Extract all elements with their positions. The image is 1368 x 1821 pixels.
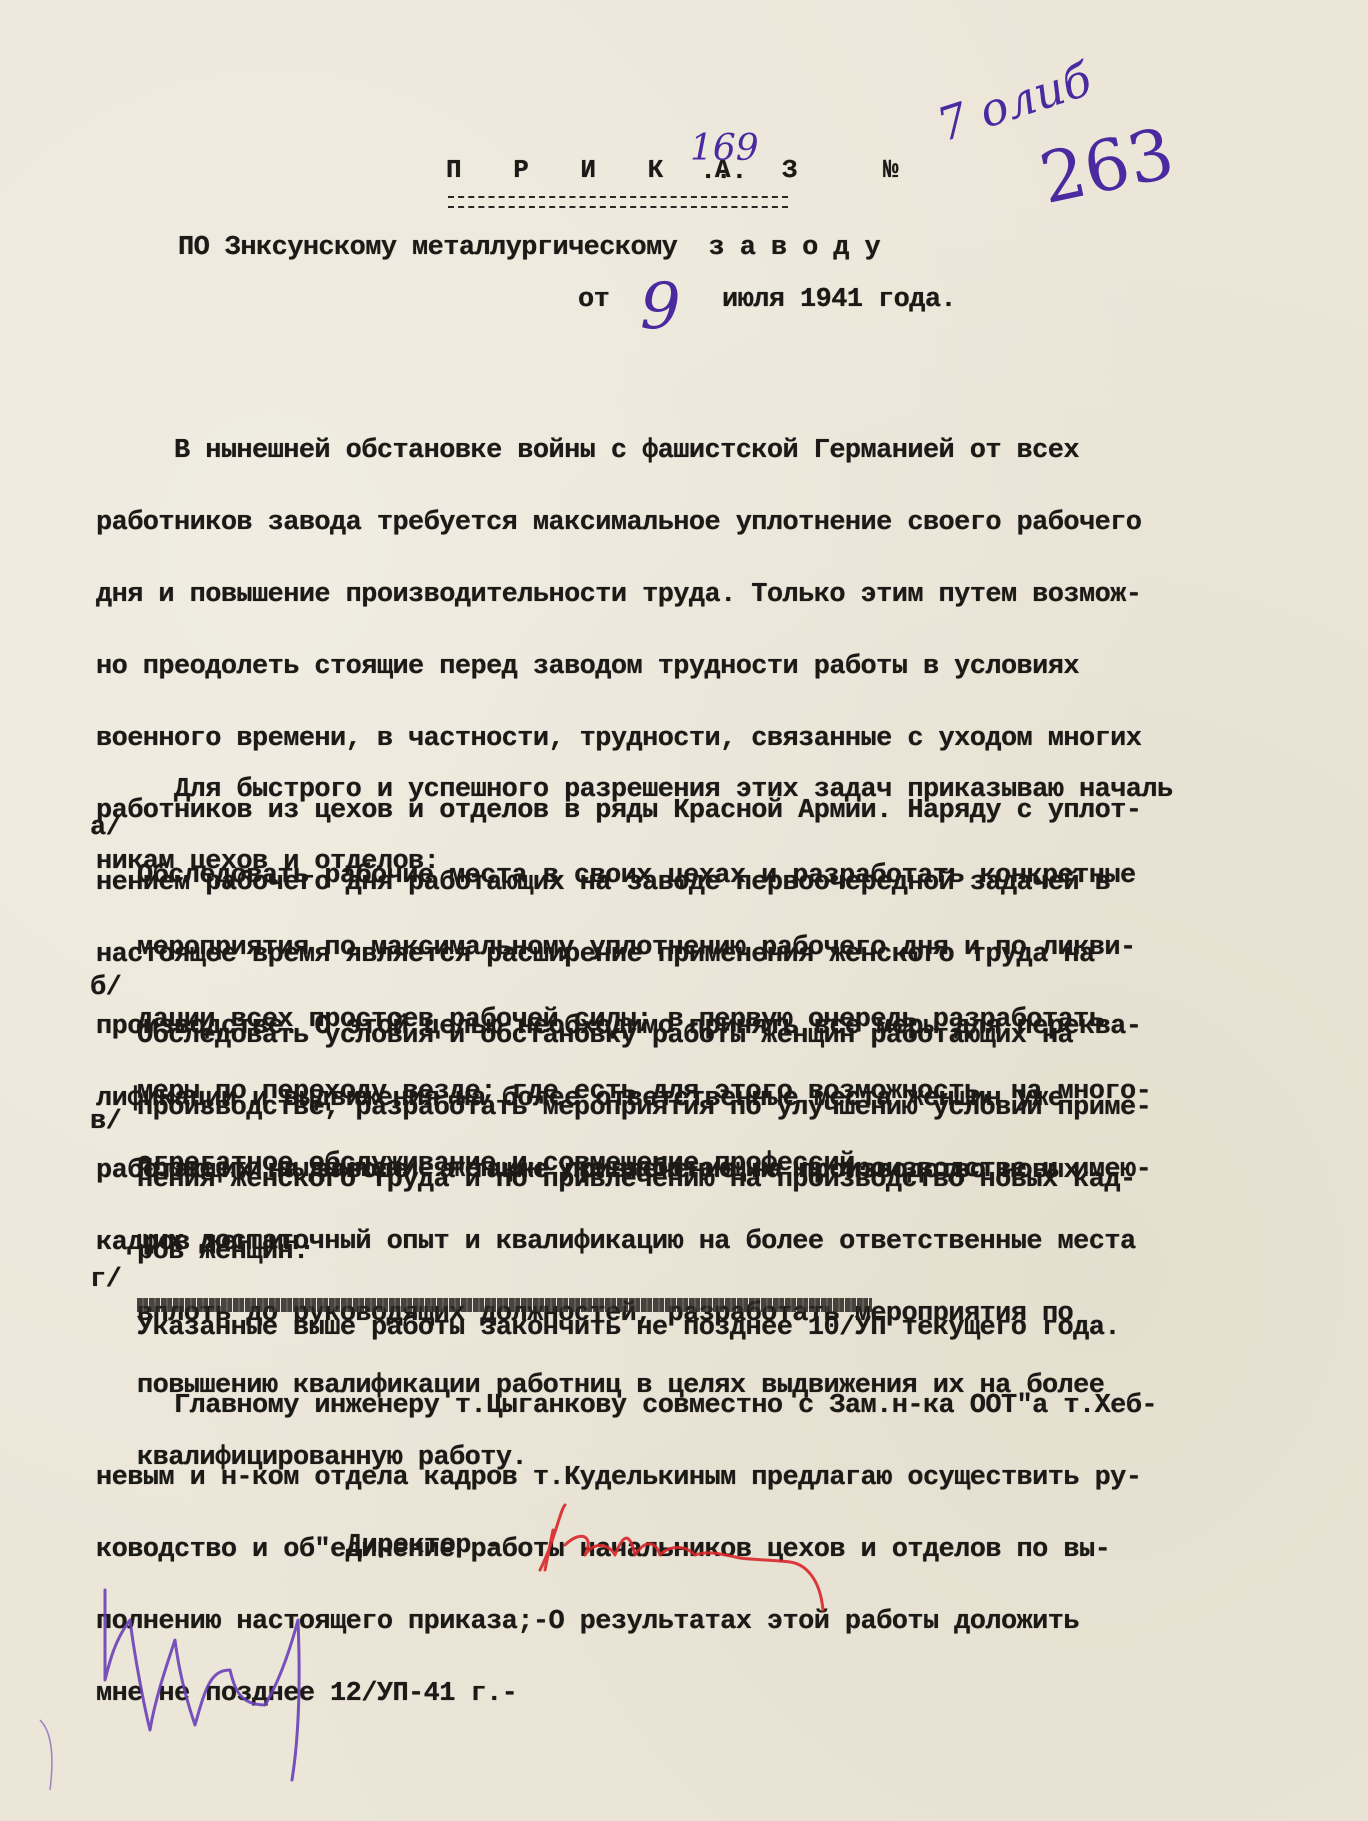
order-number-handwritten: 169 — [690, 128, 759, 169]
text-line: мероприятия по максимальному уплотнению … — [137, 936, 1151, 960]
text-line: но преодолеть стоящие перед заводом труд… — [96, 655, 1141, 679]
text-line: Указанные выше работы закончить не поздн… — [137, 1316, 1120, 1340]
date-prefix: от — [578, 288, 609, 312]
document-title: П Р И К А З № — [446, 158, 916, 182]
text-line: Для быстрого и успешного разрешения этих… — [96, 778, 1173, 802]
item-label-v: в/ — [90, 1110, 121, 1134]
date-suffix: июля 1941 года. — [722, 288, 956, 312]
document-subtitle: ПО Знксунскому металлургическому з а в о… — [178, 236, 880, 260]
text-line: Обследовать условия и обстановку работы … — [137, 1024, 1151, 1048]
director-signature-red — [535, 1500, 855, 1620]
text-line: дня и повышение производительности труда… — [96, 583, 1141, 607]
item-label-b: б/ — [90, 976, 121, 1000]
date-day-handwritten: 9 — [640, 270, 681, 344]
struck-out-line — [137, 1298, 872, 1312]
text-line: щих достаточный опыт и квалификацию на б… — [137, 1230, 1151, 1254]
text-line: невым и н-ком отдела кадров т.Куделькины… — [96, 1466, 1157, 1490]
text-line: В нынешней обстановке войны с фашистской… — [96, 439, 1141, 463]
item-label-a: а/ — [90, 816, 121, 840]
margin-note-number: 263 — [1033, 112, 1181, 220]
text-line: Обследовать рабочие места в своих цехах … — [137, 864, 1151, 888]
approval-signature-purple — [30, 1580, 360, 1810]
text-line: работников завода требуется максимальное… — [96, 511, 1141, 535]
text-line: Провести выдвижение женщин уже работающи… — [137, 1158, 1151, 1182]
item-label-g: г/ — [90, 1268, 121, 1292]
signature-label: Директор - — [346, 1534, 502, 1558]
text-line: Главному инженеру т.Цыганкову совместно … — [96, 1394, 1157, 1418]
title-underline — [448, 196, 788, 208]
